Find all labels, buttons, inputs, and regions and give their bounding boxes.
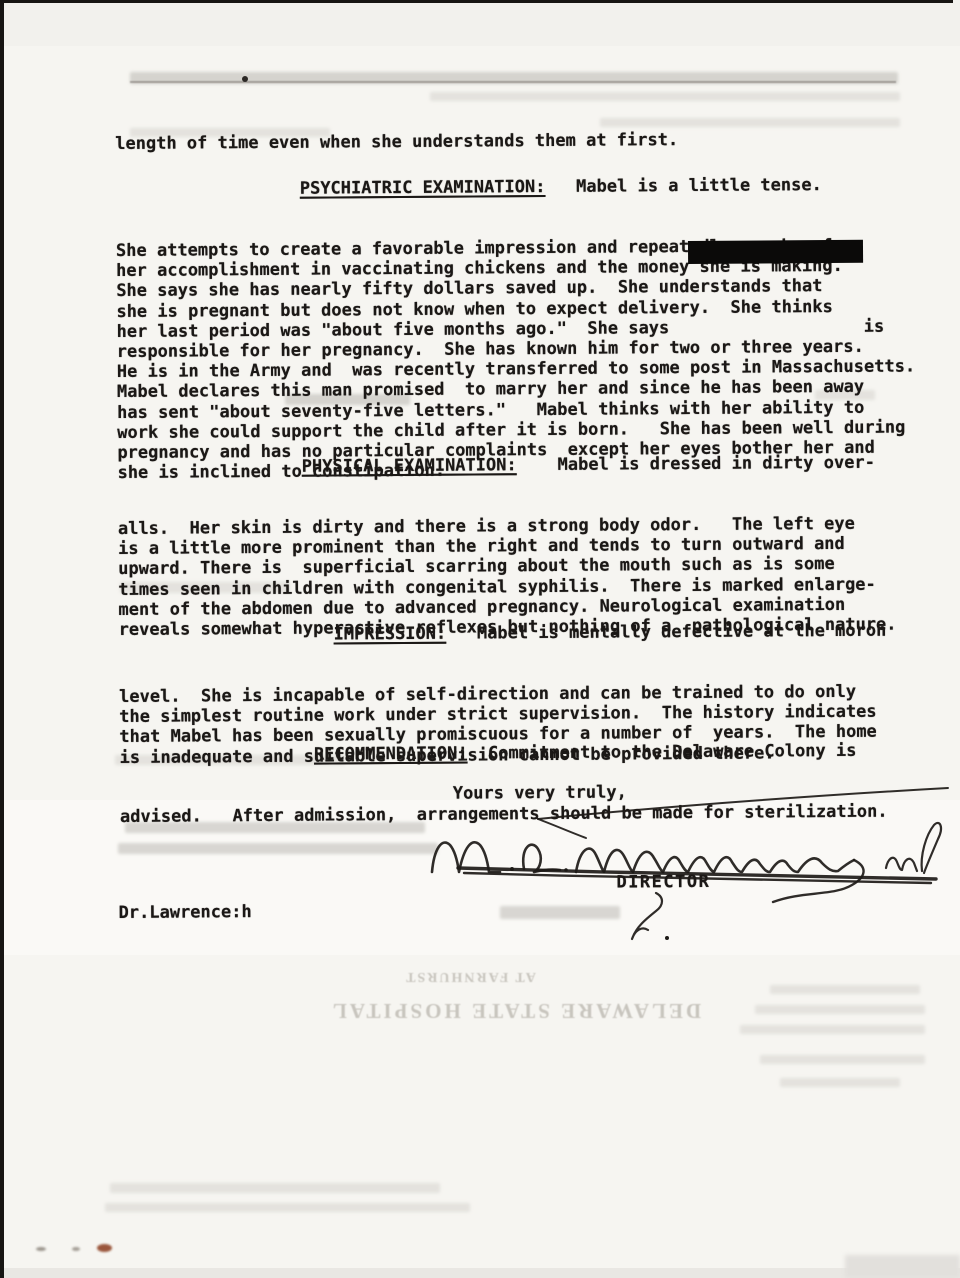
section-first-line: RECOMMENDATION: Commitment to the Delawa… xyxy=(119,741,887,767)
section-indent xyxy=(119,745,314,766)
section-first-line: PHYSICAL EXAMINATION: Mabel is dressed i… xyxy=(117,453,895,479)
typed-text-layer: length of time even when she understands… xyxy=(0,0,960,1278)
section-indent xyxy=(116,179,300,200)
redacted-name-box xyxy=(688,240,863,264)
typist-reference-line: Dr.Lawrence:h xyxy=(119,902,252,923)
section-first-line-text: Mabel is a little tense. xyxy=(545,175,821,197)
section-first-line: PSYCHIATRIC EXAMINATION: Mabel is a litt… xyxy=(116,175,914,201)
director-signature xyxy=(420,775,960,960)
section-heading: IMPRESSION: xyxy=(334,624,447,645)
section-first-line-text: Commitment to the Delaware Colony is xyxy=(467,741,856,764)
section-heading: RECOMMENDATION: xyxy=(314,744,468,765)
section-heading: PSYCHIATRIC EXAMINATION: xyxy=(300,177,546,199)
section-heading: PHYSICAL EXAMINATION: xyxy=(302,456,517,478)
section-indent xyxy=(119,625,334,647)
section-first-line-text: Mabel is mentally defective at the moron xyxy=(446,621,886,644)
section-indent xyxy=(117,457,301,478)
section-first-line-text: Mabel is dressed in dirty over- xyxy=(517,453,875,476)
section-first-line: IMPRESSION: Mabel is mentally defective … xyxy=(119,621,887,647)
